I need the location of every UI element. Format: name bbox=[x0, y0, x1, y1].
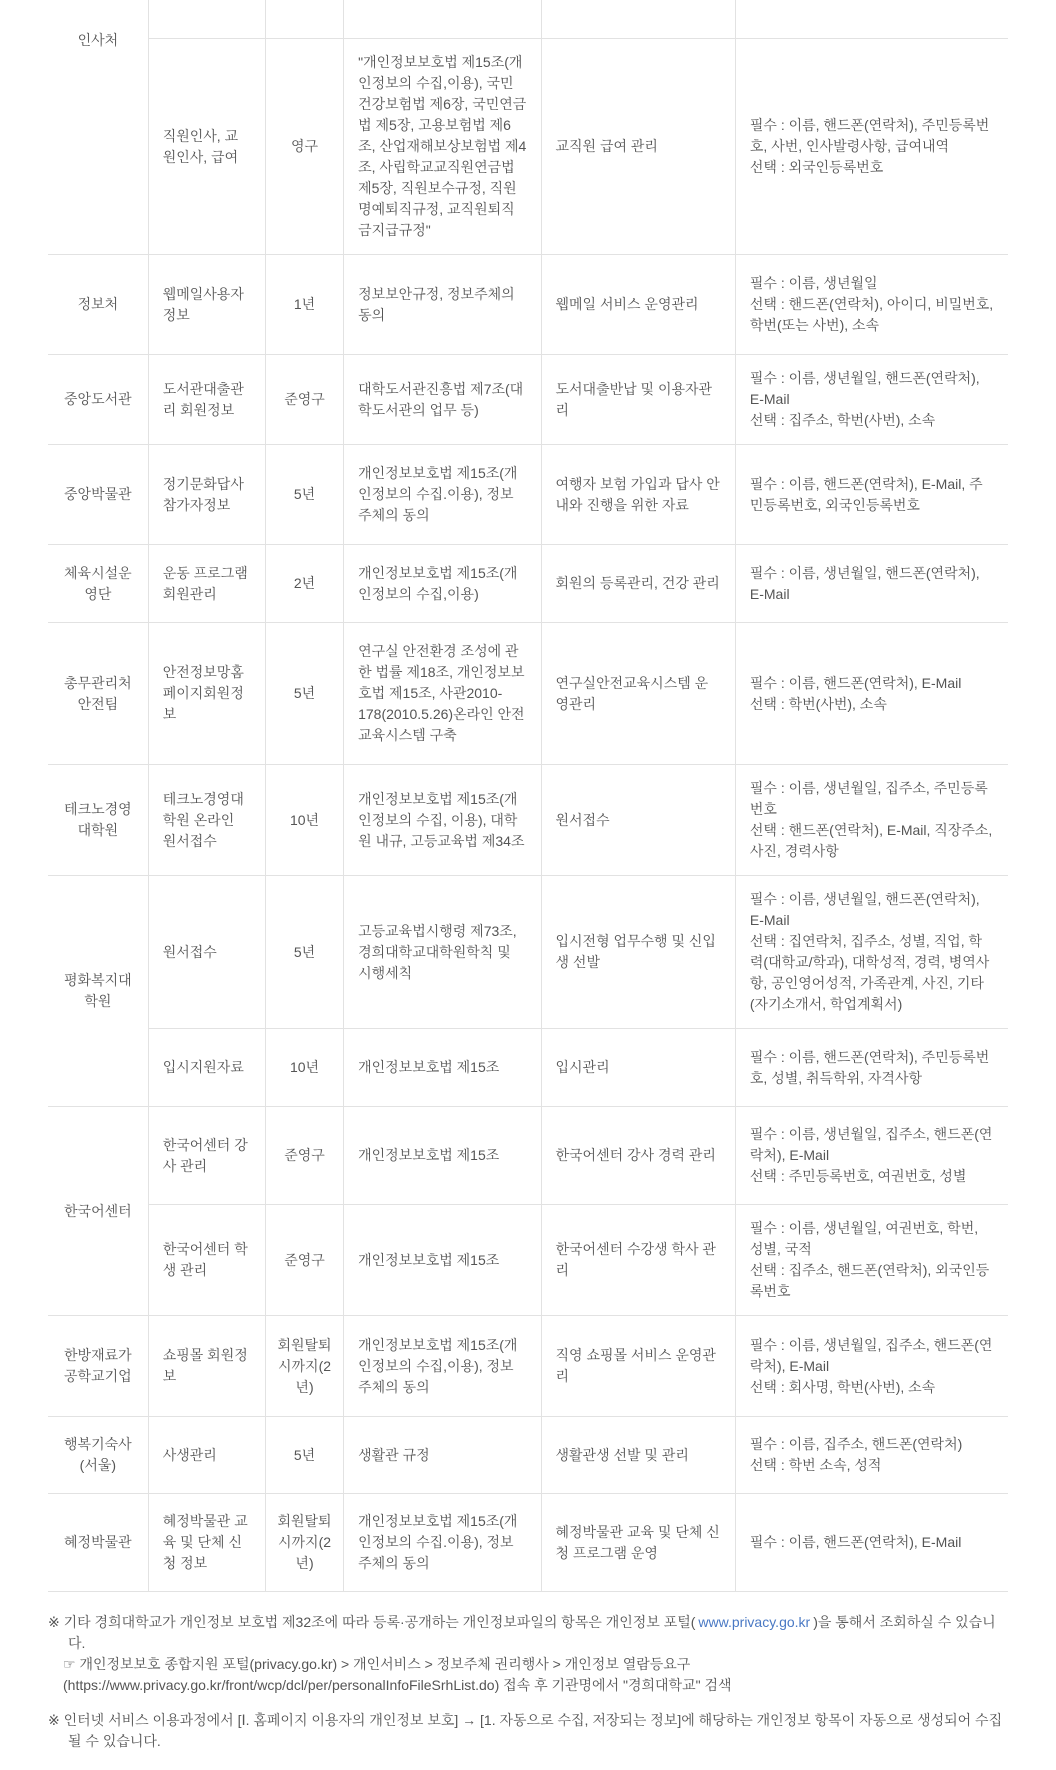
footnotes: ※ 기타 경희대학교가 개인정보 보호법 제32조에 따라 등록·공개하는 개인… bbox=[48, 1612, 1008, 1752]
purpose-cell: 교직원 급여 관리 bbox=[541, 39, 735, 255]
purpose-cell: 도서대출반납 및 이용자관리 bbox=[541, 355, 735, 445]
legal-basis-cell: 연구실 안전환경 조성에 관한 법률 제18조, 개인정보보호법 제15조, 사… bbox=[344, 623, 541, 765]
retention-period-cell: 회원탈퇴시까지(2년) bbox=[265, 1316, 343, 1417]
legal-basis-cell: 개인정보보호법 제15조 bbox=[344, 1205, 541, 1316]
legal-basis-cell: 개인정보보호법 제15조(개인정보의 수집.이용), 정보주체의 동의 bbox=[344, 1494, 541, 1592]
purpose-cell: 생활관생 선발 및 관리 bbox=[541, 1417, 735, 1494]
table-row: 평화복지대학원 원서접수 5년 고등교육법시행령 제73조, 경희대학교대학원학… bbox=[48, 876, 1008, 1029]
table-row: 체육시설운영단 운동 프로그램 회원관리 2년 개인정보보호법 제15조(개인정… bbox=[48, 545, 1008, 623]
items-cell: 필수 : 이름, 핸드폰(연락처), E-Mail 선택 : 학번(사번), 소… bbox=[735, 623, 1008, 765]
file-name-cell: 테크노경영대학원 온라인 원서접수 bbox=[148, 765, 265, 876]
retention-period-cell bbox=[265, 0, 343, 39]
footnote-portal-path: ☞ 개인정보보호 종합지원 포털(privacy.go.kr) > 개인서비스 … bbox=[63, 1654, 1008, 1675]
table-row: 정보처 웹메일사용자정보 1년 정보보안규정, 정보주체의 동의 웹메일 서비스… bbox=[48, 255, 1008, 355]
purpose-cell: 입시관리 bbox=[541, 1029, 735, 1107]
dept-cell: 한방재료가공학교기업 bbox=[48, 1316, 148, 1417]
table-row: 중앙도서관 도서관대출관리 회원정보 준영구 대학도서관진흥법 제7조(대학도서… bbox=[48, 355, 1008, 445]
purpose-cell: 입시전형 업무수행 및 신입생 선발 bbox=[541, 876, 735, 1029]
items-cell: 필수 : 이름, 핸드폰(연락처), 주민등록번호, 사번, 인사발령사항, 급… bbox=[735, 39, 1008, 255]
purpose-cell: 웹메일 서비스 운영관리 bbox=[541, 255, 735, 355]
items-cell bbox=[735, 0, 1008, 39]
legal-basis-cell: 개인정보보호법 제15조(개인정보의 수집,이용), 정보주체의 동의 bbox=[344, 1316, 541, 1417]
table-row: 행복기숙사(서울) 사생관리 5년 생활관 규정 생활관생 선발 및 관리 필수… bbox=[48, 1417, 1008, 1494]
file-name-cell bbox=[148, 0, 265, 39]
personal-info-file-table: 인사처 직원인사, 교원인사, 급여 영구 "개인정보보호법 제15조(개인정보… bbox=[48, 0, 1008, 1592]
dept-cell: 평화복지대학원 bbox=[48, 876, 148, 1107]
retention-period-cell: 준영구 bbox=[265, 355, 343, 445]
file-name-cell: 안전정보망홈페이지회원정보 bbox=[148, 623, 265, 765]
purpose-cell: 직영 쇼핑몰 서비스 운영관리 bbox=[541, 1316, 735, 1417]
table-row: 한방재료가공학교기업 쇼핑몰 회원정보 회원탈퇴시까지(2년) 개인정보보호법 … bbox=[48, 1316, 1008, 1417]
file-name-cell: 입시지원자료 bbox=[148, 1029, 265, 1107]
retention-period-cell: 준영구 bbox=[265, 1107, 343, 1205]
purpose-cell: 한국어센터 수강생 학사 관리 bbox=[541, 1205, 735, 1316]
privacy-policy-page: 인사처 직원인사, 교원인사, 급여 영구 "개인정보보호법 제15조(개인정보… bbox=[0, 0, 1056, 1770]
file-name-cell: 직원인사, 교원인사, 급여 bbox=[148, 39, 265, 255]
dept-cell: 총무관리처 안전팀 bbox=[48, 623, 148, 765]
table-row: 인사처 bbox=[48, 0, 1008, 39]
file-name-cell: 혜정박물관 교육 및 단체 신청 정보 bbox=[148, 1494, 265, 1592]
purpose-cell: 원서접수 bbox=[541, 765, 735, 876]
retention-period-cell: 영구 bbox=[265, 39, 343, 255]
file-name-cell: 쇼핑몰 회원정보 bbox=[148, 1316, 265, 1417]
items-cell: 필수 : 이름, 생년월일 선택 : 핸드폰(연락처), 아이디, 비밀번호, … bbox=[735, 255, 1008, 355]
table-row: 테크노경영대학원 테크노경영대학원 온라인 원서접수 10년 개인정보보호법 제… bbox=[48, 765, 1008, 876]
items-cell: 필수 : 이름, 집주소, 핸드폰(연락처) 선택 : 학번 소속, 성적 bbox=[735, 1417, 1008, 1494]
purpose-cell: 혜정박물관 교육 및 단체 신청 프로그램 운영 bbox=[541, 1494, 735, 1592]
dept-cell: 혜정박물관 bbox=[48, 1494, 148, 1592]
retention-period-cell: 5년 bbox=[265, 445, 343, 545]
items-cell: 필수 : 이름, 생년월일, 여권번호, 학번, 성별, 국적 선택 : 집주소… bbox=[735, 1205, 1008, 1316]
purpose-cell: 여행자 보험 가입과 답사 안내와 진행을 위한 자료 bbox=[541, 445, 735, 545]
file-name-cell: 한국어센터 학생 관리 bbox=[148, 1205, 265, 1316]
dept-cell: 중앙박물관 bbox=[48, 445, 148, 545]
legal-basis-cell: 개인정보보호법 제15조 bbox=[344, 1107, 541, 1205]
retention-period-cell: 준영구 bbox=[265, 1205, 343, 1316]
table-row: 한국어센터 학생 관리 준영구 개인정보보호법 제15조 한국어센터 수강생 학… bbox=[48, 1205, 1008, 1316]
file-name-cell: 한국어센터 강사 관리 bbox=[148, 1107, 265, 1205]
dept-cell: 정보처 bbox=[48, 255, 148, 355]
items-cell: 필수 : 이름, 생년월일, 집주소, 핸드폰(연락처), E-Mail 선택 … bbox=[735, 1107, 1008, 1205]
retention-period-cell: 회원탈퇴시까지(2년) bbox=[265, 1494, 343, 1592]
retention-period-cell: 10년 bbox=[265, 765, 343, 876]
legal-basis-cell: 개인정보보호법 제15조 bbox=[344, 1029, 541, 1107]
dept-cell: 한국어센터 bbox=[48, 1107, 148, 1316]
items-cell: 필수 : 이름, 생년월일, 핸드폰(연락처), E-Mail bbox=[735, 545, 1008, 623]
retention-period-cell: 2년 bbox=[265, 545, 343, 623]
table-row: 중앙박물관 정기문화답사참가자정보 5년 개인정보보호법 제15조(개인정보의 … bbox=[48, 445, 1008, 545]
items-cell: 필수 : 이름, 핸드폰(연락처), E-Mail, 주민등록번호, 외국인등록… bbox=[735, 445, 1008, 545]
items-cell: 필수 : 이름, 생년월일, 집주소, 주민등록번호 선택 : 핸드폰(연락처)… bbox=[735, 765, 1008, 876]
dept-cell: 체육시설운영단 bbox=[48, 545, 148, 623]
file-name-cell: 운동 프로그램 회원관리 bbox=[148, 545, 265, 623]
footnote-privacy-portal: ※ 기타 경희대학교가 개인정보 보호법 제32조에 따라 등록·공개하는 개인… bbox=[48, 1612, 1008, 1654]
dept-cell: 테크노경영대학원 bbox=[48, 765, 148, 876]
items-cell: 필수 : 이름, 생년월일, 핸드폰(연락처), E-Mail 선택 : 집주소… bbox=[735, 355, 1008, 445]
legal-basis-cell bbox=[344, 0, 541, 39]
footnote-portal-url: (https://www.privacy.go.kr/front/wcp/dcl… bbox=[63, 1675, 1008, 1696]
legal-basis-cell: 정보보안규정, 정보주체의 동의 bbox=[344, 255, 541, 355]
retention-period-cell: 1년 bbox=[265, 255, 343, 355]
table-row: 혜정박물관 혜정박물관 교육 및 단체 신청 정보 회원탈퇴시까지(2년) 개인… bbox=[48, 1494, 1008, 1592]
legal-basis-cell: 생활관 규정 bbox=[344, 1417, 541, 1494]
purpose-cell bbox=[541, 0, 735, 39]
legal-basis-cell: 개인정보보호법 제15조(개인정보의 수집.이용), 정보주체의 동의 bbox=[344, 445, 541, 545]
file-name-cell: 웹메일사용자정보 bbox=[148, 255, 265, 355]
legal-basis-cell: 대학도서관진흥법 제7조(대학도서관의 업무 등) bbox=[344, 355, 541, 445]
table-row: 입시지원자료 10년 개인정보보호법 제15조 입시관리 필수 : 이름, 핸드… bbox=[48, 1029, 1008, 1107]
dept-cell: 인사처 bbox=[48, 0, 148, 255]
file-name-cell: 사생관리 bbox=[148, 1417, 265, 1494]
legal-basis-cell: 고등교육법시행령 제73조, 경희대학교대학원학칙 및 시행세칙 bbox=[344, 876, 541, 1029]
privacy-portal-link[interactable]: www.privacy.go.kr bbox=[695, 1614, 813, 1630]
items-cell: 필수 : 이름, 생년월일, 핸드폰(연락처), E-Mail 선택 : 집연락… bbox=[735, 876, 1008, 1029]
table-row: 총무관리처 안전팀 안전정보망홈페이지회원정보 5년 연구실 안전환경 조성에 … bbox=[48, 623, 1008, 765]
purpose-cell: 회원의 등록관리, 건강 관리 bbox=[541, 545, 735, 623]
retention-period-cell: 5년 bbox=[265, 876, 343, 1029]
dept-cell: 중앙도서관 bbox=[48, 355, 148, 445]
items-cell: 필수 : 이름, 핸드폰(연락처), E-Mail bbox=[735, 1494, 1008, 1592]
purpose-cell: 연구실안전교육시스템 운영관리 bbox=[541, 623, 735, 765]
file-name-cell: 원서접수 bbox=[148, 876, 265, 1029]
retention-period-cell: 10년 bbox=[265, 1029, 343, 1107]
legal-basis-cell: 개인정보보호법 제15조(개인정보의 수집,이용) bbox=[344, 545, 541, 623]
legal-basis-cell: 개인정보보호법 제15조(개인정보의 수집, 이용), 대학원 내규, 고등교육… bbox=[344, 765, 541, 876]
table-row: 한국어센터 한국어센터 강사 관리 준영구 개인정보보호법 제15조 한국어센터… bbox=[48, 1107, 1008, 1205]
footnote-text-prefix: ※ 기타 경희대학교가 개인정보 보호법 제32조에 따라 등록·공개하는 개인… bbox=[48, 1614, 695, 1630]
retention-period-cell: 5년 bbox=[265, 623, 343, 765]
table-row: 직원인사, 교원인사, 급여 영구 "개인정보보호법 제15조(개인정보의 수집… bbox=[48, 39, 1008, 255]
file-name-cell: 도서관대출관리 회원정보 bbox=[148, 355, 265, 445]
retention-period-cell: 5년 bbox=[265, 1417, 343, 1494]
items-cell: 필수 : 이름, 핸드폰(연락처), 주민등록번호, 성별, 취득학위, 자격사… bbox=[735, 1029, 1008, 1107]
items-cell: 필수 : 이름, 생년월일, 집주소, 핸드폰(연락처), E-Mail 선택 … bbox=[735, 1316, 1008, 1417]
footnote-auto-collect: ※ 인터넷 서비스 이용과정에서 [Ⅰ. 홈페이지 이용자의 개인정보 보호] … bbox=[48, 1710, 1008, 1752]
purpose-cell: 한국어센터 강사 경력 관리 bbox=[541, 1107, 735, 1205]
file-name-cell: 정기문화답사참가자정보 bbox=[148, 445, 265, 545]
legal-basis-cell: "개인정보보호법 제15조(개인정보의 수집,이용), 국민건강보험법 제6장,… bbox=[344, 39, 541, 255]
dept-cell: 행복기숙사(서울) bbox=[48, 1417, 148, 1494]
